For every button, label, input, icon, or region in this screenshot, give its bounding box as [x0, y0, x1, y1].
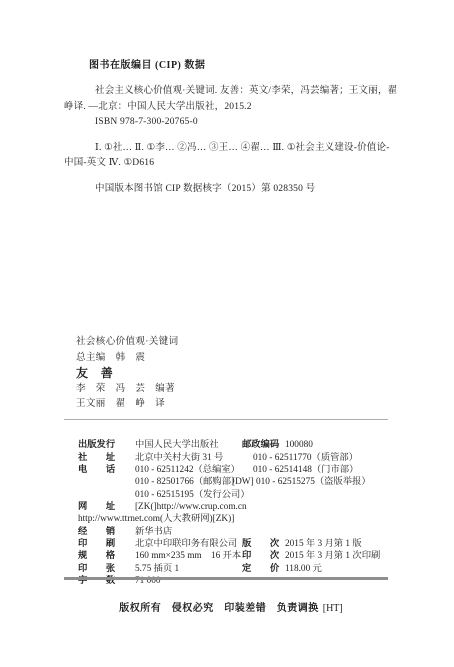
pub-col2: 版 次2015 年 3 月第 1 版	[242, 538, 362, 550]
pub-label2: 印 次	[242, 550, 285, 562]
publication-info: 出版发行中国人民大学出版社 社 址北京中关村大街 31 号 邮政编码100080…	[64, 427, 388, 575]
pub-row-distributor: 经 销新华书店	[64, 513, 388, 525]
pub-label2: 定 价	[242, 563, 285, 575]
cip-classification-line2: 中国-英文 Ⅳ. ①D616	[64, 156, 398, 172]
pub-value2: 010 - 62514148（门市部）	[253, 465, 358, 475]
pub-value2: 2015 年 3 月第 1 次印刷	[285, 551, 380, 561]
authors: 李 荣 冯 芸 编著	[76, 382, 396, 398]
cip-isbn: ISBN 978-7-300-20765-0	[64, 115, 398, 131]
pub-row-wordcount-price: 字 数71 000 定 价118.00 元	[64, 563, 388, 575]
pub-label2: 邮政编码	[242, 439, 285, 451]
pub-row-phone-1: 电 话010 - 62511242（总编室） 010 - 62511770（质管…	[64, 452, 388, 464]
pub-row-website: 网 址[ZK(]http://www.crup.com.cn	[64, 489, 388, 501]
pub-row-publisher: 出版发行中国人民大学出版社	[64, 427, 388, 439]
pub-col2: 010 - 62514148（门市部）	[253, 464, 358, 476]
divider-rule-top	[64, 419, 388, 420]
pub-value2: [DW] 010 - 62515275（盗版举报）	[232, 477, 371, 487]
pub-row-format-edition: 规 格160 mm×235 mm 16 开本 版 次2015 年 3 月第 1 …	[64, 538, 388, 550]
chief-editor: 总主编 韩 震	[76, 351, 396, 367]
typeset-code: [HT]	[323, 603, 343, 614]
pub-value2: 010 - 62511770（质管部）	[253, 453, 358, 463]
book-title: 友 善	[76, 366, 396, 382]
cip-classification-line1: Ⅰ. ①社… Ⅱ. ①李… ②冯… ③王… ④翟… Ⅲ. ①社会主义建设-价值论…	[64, 141, 398, 157]
divider-rule-bottom	[64, 577, 388, 580]
cip-description-line1: 社会主义核心价值观·关键词. 友善：英文/李荣，冯芸编著；王文丽，翟	[64, 84, 398, 100]
pub-col2: [DW] 010 - 62515275（盗版举报）	[232, 476, 371, 488]
copyright-statement: 版权所有 侵权必究 印装差错 负责调换	[119, 603, 319, 614]
series-title: 社会核心价值观·关键词	[76, 335, 396, 351]
pub-label2: 版 次	[242, 538, 285, 550]
translators: 王文丽 翟 峥 译	[76, 397, 396, 413]
pub-row-sheets-printing: 印 张5.75 插页 1 印 次2015 年 3 月第 1 次印刷	[64, 550, 388, 562]
cip-description-line2: 峥译. —北京：中国人民大学出版社，2015.2	[64, 100, 398, 116]
pub-value2: 100080	[285, 440, 313, 450]
pub-row-phone-2: 010 - 82501766（邮购部） 010 - 62514148（门市部）	[64, 464, 388, 476]
pub-value2: 2015 年 3 月第 1 版	[285, 539, 362, 549]
cip-section: 社会主义核心价值观·关键词. 友善：英文/李荣，冯芸编著；王文丽，翟 峥译. —…	[64, 84, 398, 198]
pub-row-printer: 印 刷北京中印联印务有限公司	[64, 526, 388, 538]
pub-col2: 定 价118.00 元	[242, 563, 322, 575]
pub-col2: 邮政编码100080	[242, 439, 313, 451]
pub-row-phone-3: 010 - 62515195（发行公司） [DW] 010 - 62515275…	[64, 476, 388, 488]
pub-col2: 印 次2015 年 3 月第 1 次印刷	[242, 550, 380, 562]
book-copyright-page: 图书在版编目 (CIP) 数据 社会主义核心价值观·关键词. 友善：英文/李荣，…	[0, 0, 454, 667]
pub-row-website-2: http://www.ttrnet.com(人大教研网)[ZK)]	[64, 501, 388, 513]
cip-heading: 图书在版编目 (CIP) 数据	[89, 56, 205, 71]
title-credits-block: 社会核心价值观·关键词 总主编 韩 震 友 善 李 荣 冯 芸 编著 王文丽 翟…	[76, 335, 396, 413]
pub-value2: 118.00 元	[285, 564, 322, 574]
cip-registry-number: 中国版本图书馆 CIP 数据核字（2015）第 028350 号	[64, 182, 398, 198]
copyright-line: 版权所有 侵权必究 印装差错 负责调换[HT]	[64, 588, 388, 625]
pub-row-address: 社 址北京中关村大街 31 号 邮政编码100080	[64, 439, 388, 451]
pub-col2: 010 - 62511770（质管部）	[253, 452, 358, 464]
